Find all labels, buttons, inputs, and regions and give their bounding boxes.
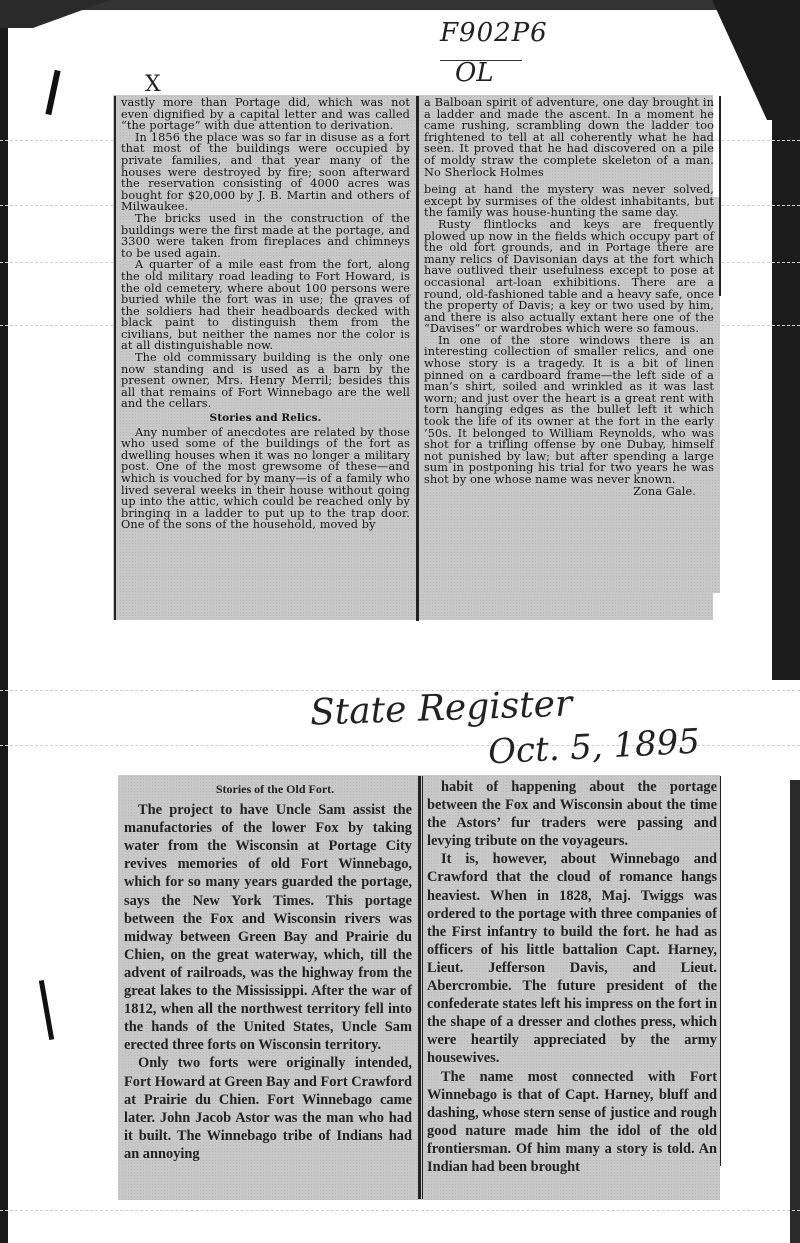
paragraph: It is, however, about Winnebago and Craw… [427,850,717,1067]
scan-edge-right-lower [790,780,800,1243]
column-rule-right [720,776,721,1166]
column-rule-center [418,776,421,1199]
paragraph: The project to have Uncle Sam assist the… [124,801,412,1054]
subheading: Stories and Relics. [121,413,410,425]
top-right-column: a Balboan spirit of adventure, one day b… [424,97,714,497]
paragraph: a Balboan spirit of adventure, one day b… [424,97,714,178]
bottom-right-column: habit of happening about the portage bet… [427,778,717,1176]
scan-edge-right [772,120,800,680]
paragraph: The old commissary building is the only … [121,352,410,410]
catalog-number: F902P6 [440,18,548,48]
catalog-suffix: OL [455,58,494,88]
column-rule-center [416,96,419,621]
scan-corner-top-left [0,0,110,28]
binder-hole-mark [39,980,54,1040]
paragraph: Rusty flintlocks and keys are frequently… [424,219,714,335]
column-rule-right [719,96,721,296]
paragraph: habit of happening about the portage bet… [427,778,717,850]
paragraph: A quarter of a mile east from the fort, … [121,259,410,352]
paragraph: being at hand the mystery was never solv… [424,184,714,219]
ruled-line [0,1210,800,1211]
top-left-column: vastly more than Portage did, which was … [121,97,410,531]
paragraph: vastly more than Portage did, which was … [121,97,410,132]
signature: Zona Gale. [424,486,714,498]
paragraph: In one of the store windows there is an … [424,335,714,486]
column-rule-left [114,96,116,620]
article-heading: Stories of the Old Fort. [124,780,412,798]
source-handwritten: State Register [309,683,573,733]
scan-edge-top [0,0,800,10]
paragraph: The bricks used in the construction of t… [121,213,410,259]
paragraph: Any number of anecdotes are related by t… [121,427,410,531]
bottom-left-column: Stories of the Old Fort. The project to … [124,778,412,1163]
scan-edge-left [0,0,40,1243]
date-handwritten: Oct. 5, 1895 [487,721,701,772]
x-mark: X [145,72,161,97]
paragraph: The name most connected with Fort Winneb… [427,1068,717,1177]
binder-hole-mark [45,70,60,115]
column-rule-center-double [422,776,423,1199]
paragraph: Only two forts were originally intended,… [124,1054,412,1163]
paragraph: In 1856 the place was so far in disuse a… [121,132,410,213]
